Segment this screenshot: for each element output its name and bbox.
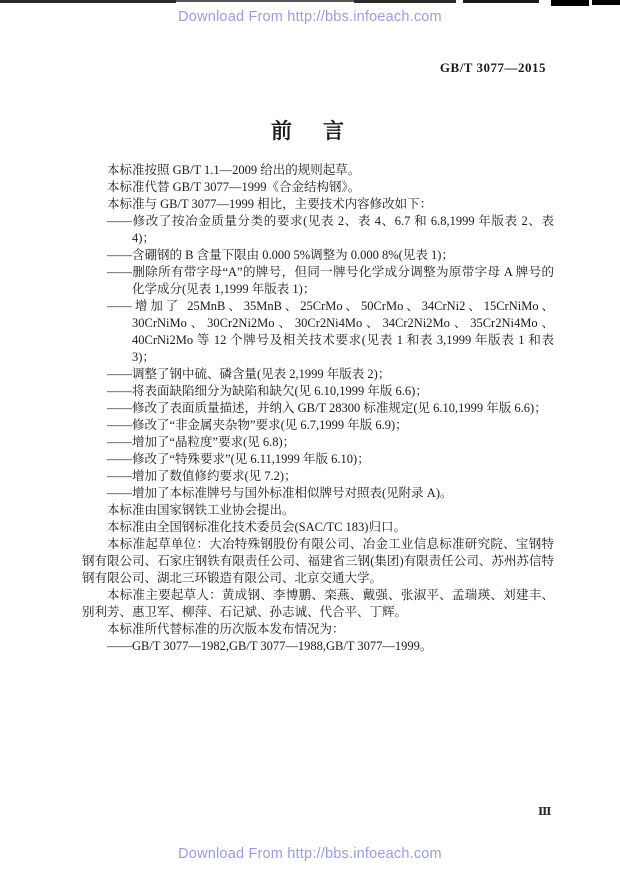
change-list-item: ——增加了本标准牌号与国外标准相似牌号对照表(见附录 A)。 <box>82 485 554 502</box>
page-title: 前 言 <box>0 115 620 145</box>
change-list-item: ——修改了表面质量描述，并纳入 GB/T 28300 标准规定(见 6.10,1… <box>82 400 554 417</box>
scan-artifact-segment <box>463 0 539 3</box>
scan-artifact-top <box>0 0 620 8</box>
top-banner-link[interactable]: Download From http://bbs.infoeach.com <box>0 9 620 25</box>
bottom-banner-link[interactable]: Download From http://bbs.infoeach.com <box>0 846 620 862</box>
document-page: Download From http://bbs.infoeach.com GB… <box>0 0 620 880</box>
change-list-item: ——增加了数值修约要求(见 7.2)； <box>82 468 554 485</box>
change-list-item: ——GB/T 3077—1982,GB/T 3077—1988,GB/T 307… <box>82 638 554 655</box>
paragraph: 本标准由国家钢铁工业协会提出。 <box>82 502 554 519</box>
foreword-content: 本标准按照 GB/T 1.1—2009 给出的规则起草。本标准代替 GB/T 3… <box>82 162 554 655</box>
change-list-item: ——含硼钢的 B 含量下限由 0.000 5%调整为 0.000 8%(见表 1… <box>82 247 554 264</box>
change-list-item: ——将表面缺陷细分为缺陷和缺欠(见 6.10,1999 年版 6.6)； <box>82 383 554 400</box>
scan-artifact-segment <box>354 0 456 3</box>
scan-artifact-segment <box>551 0 589 6</box>
change-list-item: ——修改了按冶金质量分类的要求(见表 2、表 4、6.7 和 6.8,1999 … <box>82 213 554 247</box>
scan-artifact-segment <box>0 0 176 3</box>
paragraph: 本标准所代替标准的历次版本发布情况为： <box>82 621 554 638</box>
scan-artifact-segment <box>592 0 620 5</box>
paragraph: 本标准由全国钢标准化技术委员会(SAC/TC 183)归口。 <box>82 519 554 536</box>
paragraph: 本标准按照 GB/T 1.1—2009 给出的规则起草。 <box>82 162 554 179</box>
change-list-item: ——删除所有带字母“A”的牌号，但同一牌号化学成分调整为原带字母 A 牌号的化学… <box>82 264 554 298</box>
paragraph: 本标准起草单位：大冶特殊钢股份有限公司、冶金工业信息标准研究院、宝钢特钢有限公司… <box>82 536 554 587</box>
change-list-item: ——修改了“非金属夹杂物”要求(见 6.7,1999 年版 6.9)； <box>82 417 554 434</box>
page-number: Ⅲ <box>538 805 551 818</box>
change-list-item: ——调整了钢中硫、磷含量(见表 2,1999 年版表 2)； <box>82 366 554 383</box>
paragraph: 本标准与 GB/T 3077—1999 相比，主要技术内容修改如下： <box>82 196 554 213</box>
scan-artifact-segment <box>176 0 354 2</box>
paragraph: 本标准主要起草人：黄成钢、李博鹏、栾燕、戴强、张淑平、孟瑞瑛、刘建丰、别利芳、惠… <box>82 587 554 621</box>
change-list-item: ——增加了“晶粒度”要求(见 6.8)； <box>82 434 554 451</box>
paragraph: 本标准代替 GB/T 3077—1999《合金结构钢》。 <box>82 179 554 196</box>
change-list-item: ——增加了 25MnB、35MnB、25CrMo、50CrMo、34CrNi2、… <box>82 298 554 366</box>
standard-code: GB/T 3077—2015 <box>440 60 546 76</box>
change-list-item: ——修改了“特殊要求”(见 6.11,1999 年版 6.10)； <box>82 451 554 468</box>
